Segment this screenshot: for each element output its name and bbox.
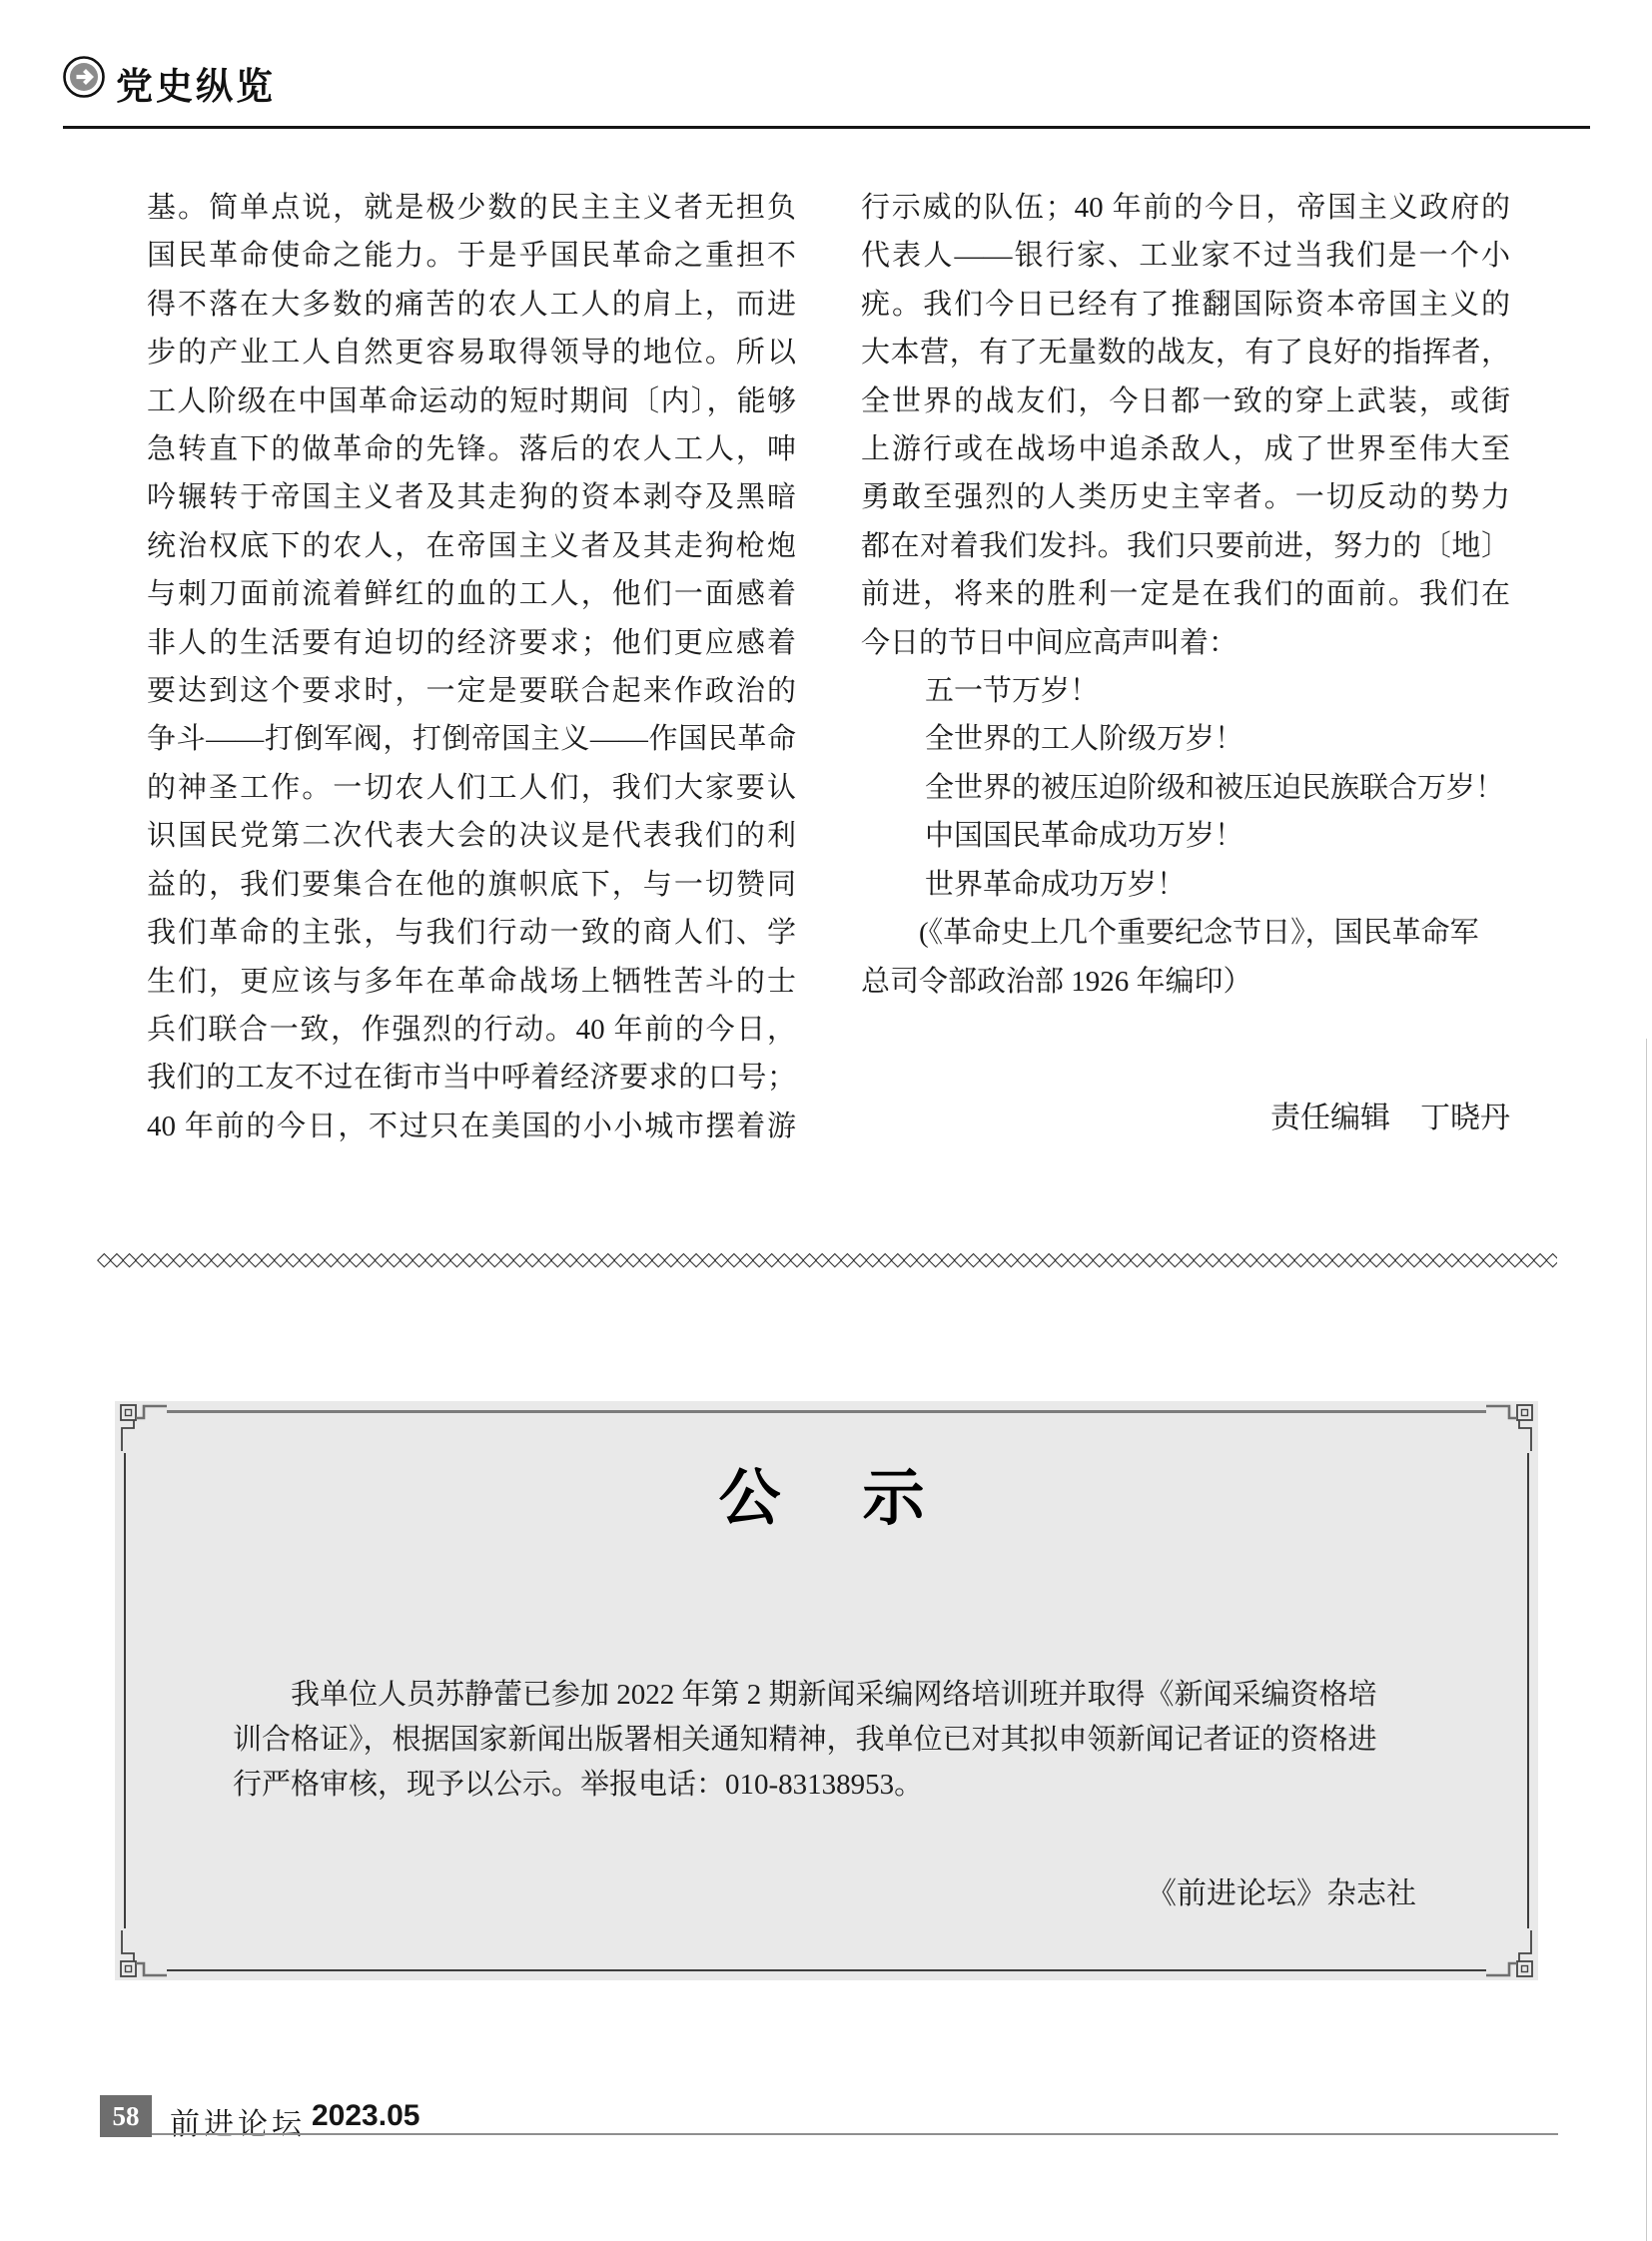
text-line: 大本营，有了无量数的战友，有了良好的指挥者， xyxy=(861,329,1510,376)
corner-ornament-icon xyxy=(1486,1930,1542,1986)
text-line: 国民革命使命之能力。于是乎国民革命之重担不 xyxy=(147,232,796,280)
notice-paragraph: 我单位人员苏静蕾已参加 2022 年第 2 期新闻采编网络培训班并取得《新闻采编… xyxy=(233,1673,1428,1808)
text-line: 前进，将来的胜利一定是在我们的面前。我们在 xyxy=(861,570,1510,618)
journal-name: 前进论坛 xyxy=(170,2099,306,2143)
text-line: 吟辗转于帝国主义者及其走狗的资本剥夺及黑暗 xyxy=(147,473,796,521)
notice-title: 公 示 xyxy=(115,1448,1538,1537)
text-line: 步的产业工人自然更容易取得领导的地位。所以 xyxy=(147,329,796,376)
text-line: 生们，更应该与多年在革命战场上牺牲苦斗的士 xyxy=(147,958,796,1006)
notice-border-top xyxy=(167,1410,1486,1413)
corner-ornament-icon xyxy=(111,1930,167,1986)
text-line: 争斗——打倒军阀，打倒帝国主义——作国民革命 xyxy=(147,715,796,763)
text-line: 行严格审核，现予以公示。举报电话：010-83138953。 xyxy=(233,1763,1428,1808)
page-edge-line xyxy=(1646,1039,1647,2241)
text-line: 非人的生活要有迫切的经济要求；他们更应感着 xyxy=(147,619,796,667)
text-line: 都在对着我们发抖。我们只要前进，努力的〔地〕 xyxy=(861,522,1510,570)
text-line: 训合格证》，根据国家新闻出版署相关通知精神，我单位已对其拟申领新闻记者证的资格进 xyxy=(233,1718,1428,1763)
slogan-line: 五一节万岁！ xyxy=(861,667,1510,715)
corner-ornament-icon xyxy=(1486,1395,1542,1451)
text-line: 兵们联合一致，作强烈的行动。40 年前的今日， xyxy=(147,1006,796,1054)
text-line: 我们革命的主张，与我们行动一致的商人们、学 xyxy=(147,909,796,957)
corner-ornament-icon xyxy=(111,1395,167,1451)
text-line: 要达到这个要求时，一定是要联合起来作政治的 xyxy=(147,667,796,715)
text-line: 基。简单点说，就是极少数的民主主义者无担负 xyxy=(147,184,796,232)
arrow-circle-icon xyxy=(62,55,106,99)
text-line: 今日的节日中间应高声叫着： xyxy=(861,619,1510,667)
text-line: 40 年前的今日，不过只在美国的小小城市摆着游 xyxy=(147,1103,796,1150)
text-line: 疣。我们今日已经有了推翻国际资本帝国主义的 xyxy=(861,281,1510,329)
text-line: 急转直下的做革命的先锋。落后的农人工人，呻 xyxy=(147,425,796,473)
header-rule xyxy=(63,126,1590,129)
text-line: 行示威的队伍；40 年前的今日，帝国主义政府的 xyxy=(861,184,1510,232)
text-line: 益的，我们要集合在他的旗帜底下，与一切赞同 xyxy=(147,861,796,909)
text-line: 识国民党第二次代表大会的决议是代表我们的利 xyxy=(147,812,796,860)
slogan-line: 世界革命成功万岁！ xyxy=(861,861,1510,909)
public-notice-box: 公 示 我单位人员苏静蕾已参加 2022 年第 2 期新闻采编网络培训班并取得《… xyxy=(115,1401,1538,1980)
text-line: 的神圣工作。一切农人们工人们，我们大家要认 xyxy=(147,764,796,812)
notice-signature: 《前进论坛》杂志社 xyxy=(1147,1868,1416,1912)
text-line: 与刺刀面前流着鲜红的血的工人，他们一面感着 xyxy=(147,570,796,618)
text-line: 上游行或在战场中追杀敌人，成了世界至伟大至 xyxy=(861,425,1510,473)
decorative-divider: ◇◇◇◇◇◇◇◇◇◇◇◇◇◇◇◇◇◇◇◇◇◇◇◇◇◇◇◇◇◇◇◇◇◇◇◇◇◇◇◇… xyxy=(97,1248,1557,1272)
footer-rule xyxy=(152,2133,1558,2135)
section-title: 党史纵览 xyxy=(116,56,276,110)
text-line: 我们的工友不过在街市当中呼着经济要求的口号； xyxy=(147,1054,796,1102)
text-line: 工人阶级在中国革命运动的短时期间〔内〕，能够 xyxy=(147,377,796,425)
text-line: 我单位人员苏静蕾已参加 2022 年第 2 期新闻采编网络培训班并取得《新闻采编… xyxy=(233,1673,1428,1718)
article-left-column: 基。简单点说，就是极少数的民主主义者无担负 国民革命使命之能力。于是乎国民革命之… xyxy=(147,184,796,1150)
notice-border-bottom xyxy=(167,1969,1486,1971)
magazine-page: { "header": { "section_title": "党史纵览" },… xyxy=(0,0,1652,2241)
source-citation: (《革命史上几个重要纪念节日》，国民革命军 xyxy=(861,909,1510,957)
text-line: 代表人——银行家、工业家不过当我们是一个小 xyxy=(861,232,1510,280)
source-citation: 总司令部政治部 1926 年编印） xyxy=(861,958,1510,1006)
text-line: 得不落在大多数的痛苦的农人工人的肩上，而进 xyxy=(147,281,796,329)
text-line: 统治权底下的农人，在帝国主义者及其走狗枪炮 xyxy=(147,522,796,570)
slogan-line: 全世界的被压迫阶级和被压迫民族联合万岁！ xyxy=(861,764,1510,812)
text-line: 全世界的战友们，今日都一致的穿上武装，或街 xyxy=(861,377,1510,425)
text-line: 勇敢至强烈的人类历史主宰者。一切反动的势力 xyxy=(861,473,1510,521)
page-number-badge: 58 xyxy=(100,2095,152,2137)
slogan-line: 中国国民革命成功万岁！ xyxy=(861,812,1510,860)
issue-number: 2023.05 xyxy=(312,2099,419,2133)
editor-credit: 责任编辑 丁晓丹 xyxy=(861,1093,1510,1136)
article-right-column: 行示威的队伍；40 年前的今日，帝国主义政府的 代表人——银行家、工业家不过当我… xyxy=(861,184,1510,1006)
slogan-line: 全世界的工人阶级万岁！ xyxy=(861,715,1510,763)
